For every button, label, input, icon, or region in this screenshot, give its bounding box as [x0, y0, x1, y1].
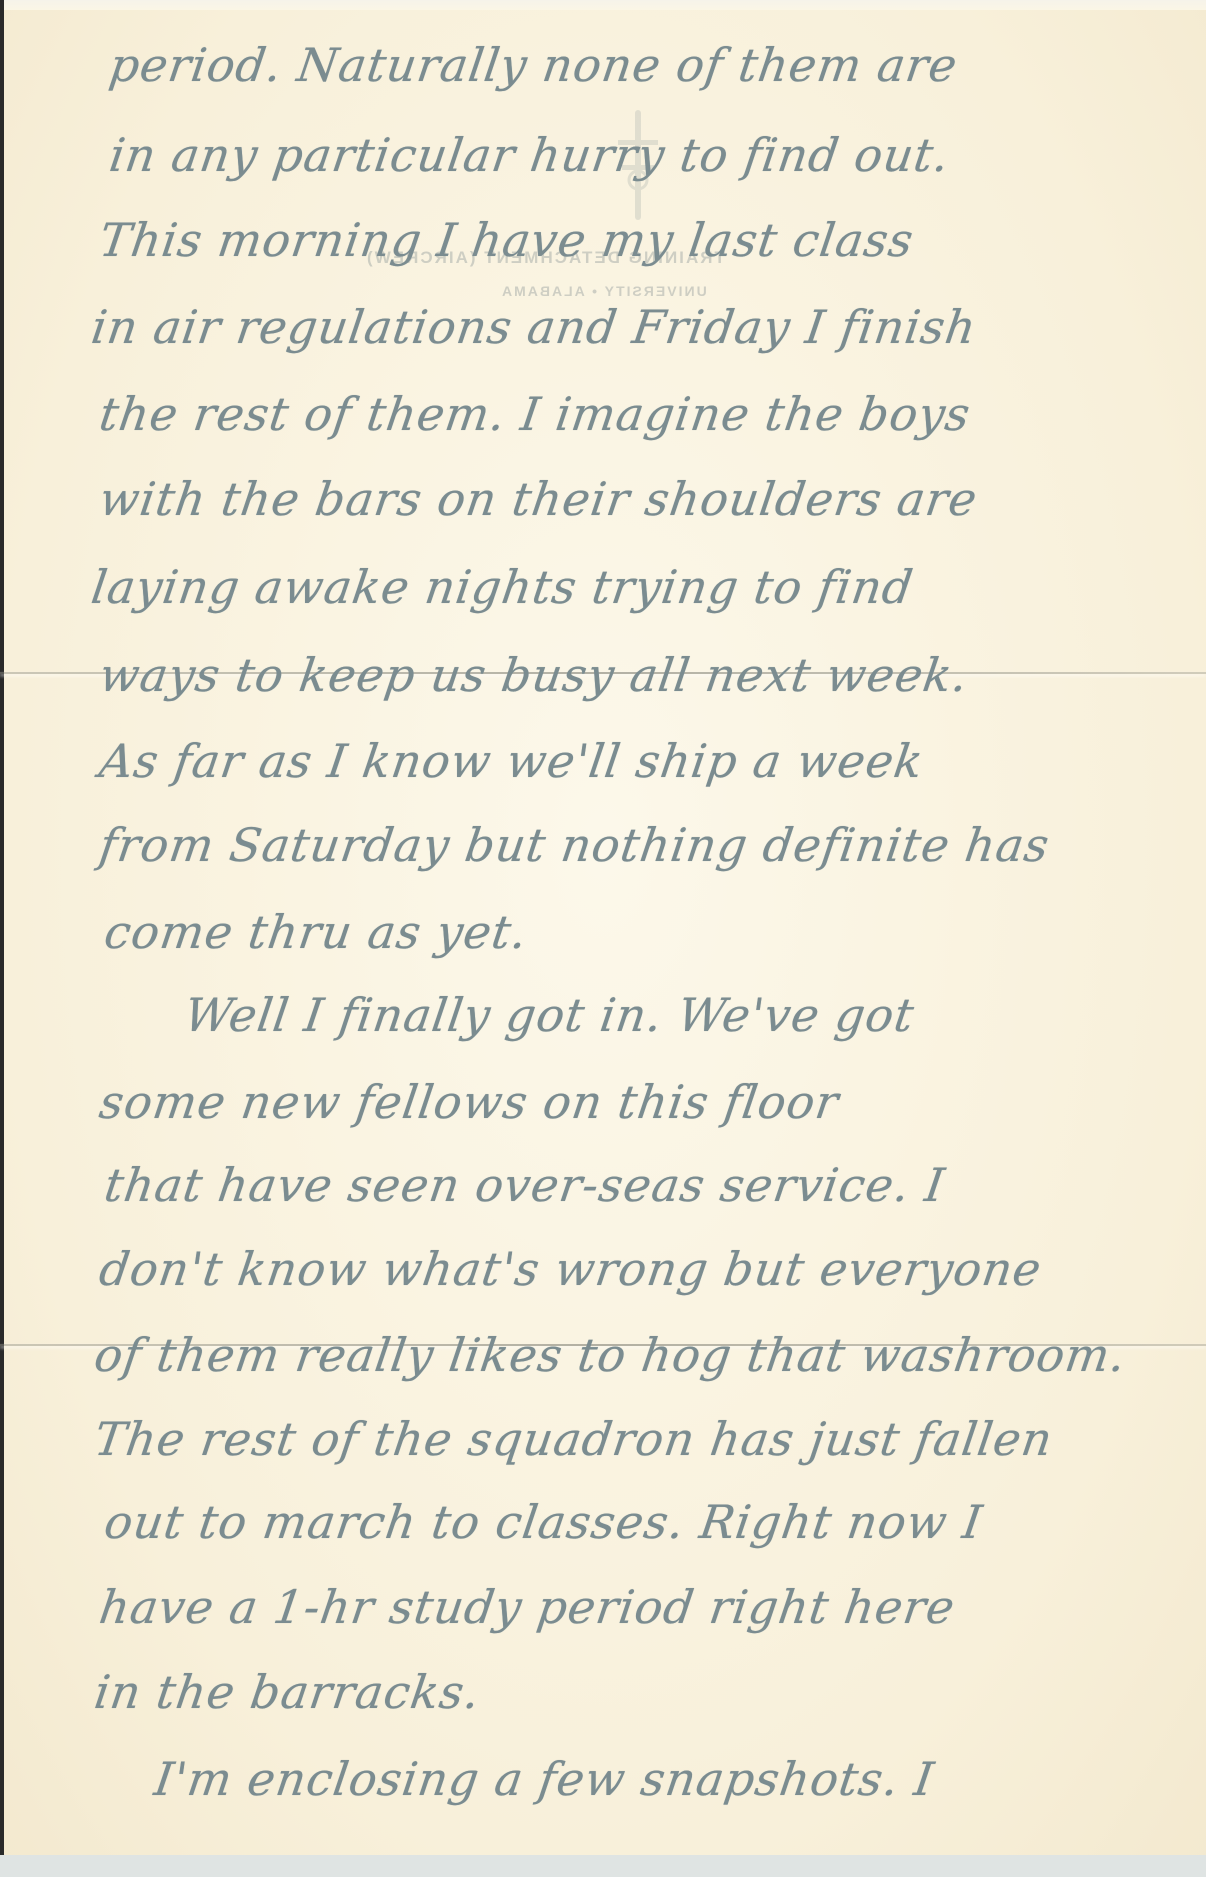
handwritten-line: the rest of them. I imagine the boys — [96, 387, 974, 441]
handwritten-line: The rest of the squadron has just fallen — [91, 1412, 1056, 1466]
handwritten-line: laying awake nights trying to find — [88, 560, 917, 614]
handwritten-line: period. Naturally none of them are — [106, 38, 961, 92]
handwritten-line: in the barracks. — [91, 1665, 484, 1719]
letterhead-line-2: UNIVERSITY • ALABAMA — [500, 283, 707, 299]
scan-bottom-edge — [0, 1855, 1206, 1877]
handwritten-line: don't know what's wrong but everyone — [96, 1242, 1045, 1296]
handwritten-line: in any particular hurry to find out. — [106, 128, 953, 182]
handwritten-line: come thru as yet. — [101, 905, 531, 959]
handwritten-line: with the bars on their shoulders are — [96, 472, 981, 526]
scan-left-border — [0, 0, 4, 1877]
handwritten-line: ways to keep us busy all next week. — [96, 648, 972, 702]
handwritten-line: of them really likes to hog that washroo… — [91, 1328, 1129, 1382]
handwritten-line: in air regulations and Friday I finish — [88, 300, 980, 354]
handwritten-line: out to march to classes. Right now I — [101, 1495, 986, 1549]
handwritten-line: This morning I have my last class — [96, 213, 917, 267]
handwritten-line: some new fellows on this floor — [96, 1075, 842, 1129]
page-top-edge — [0, 0, 1206, 10]
handwritten-line: As far as I know we'll ship a week — [96, 734, 927, 788]
handwritten-line: that have seen over-seas service. I — [101, 1158, 948, 1212]
handwritten-line: from Saturday but nothing definite has — [96, 818, 1053, 872]
letter-page: TRAINING DETACHMENT (AIRCREW) UNIVERSITY… — [0, 0, 1206, 1877]
handwritten-line: have a 1-hr study period right here — [96, 1580, 958, 1634]
handwritten-line: I'm enclosing a few snapshots. I — [151, 1752, 938, 1806]
handwritten-line: Well I finally got in. We've got — [181, 988, 918, 1042]
